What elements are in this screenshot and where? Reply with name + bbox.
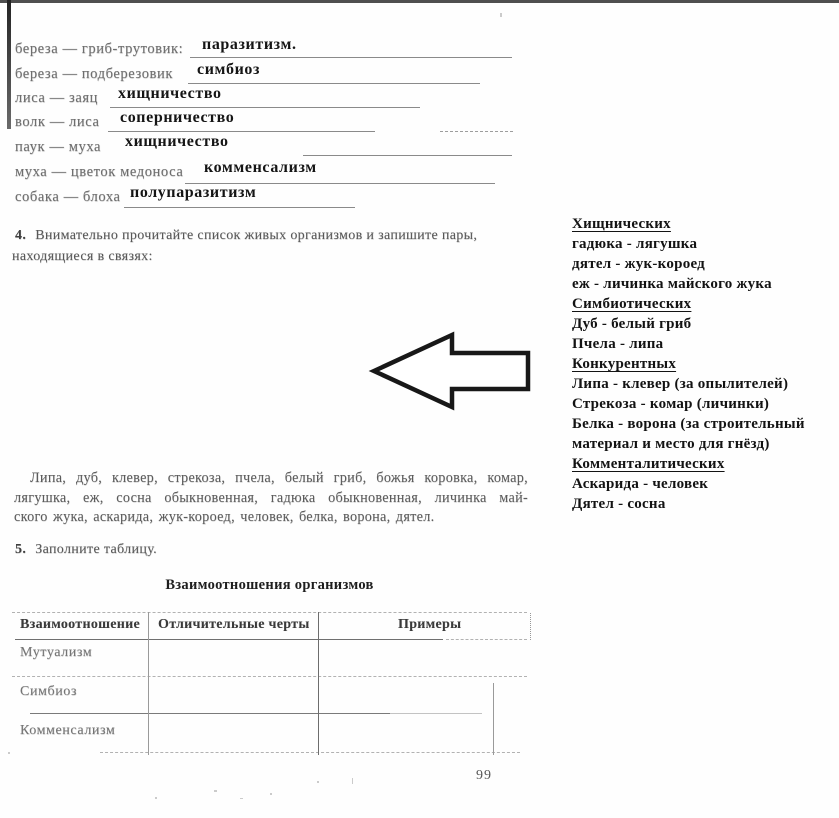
answer-blank-line (188, 83, 480, 84)
scan-speck (214, 790, 217, 792)
answer-blank-line (110, 107, 420, 108)
answer-blank-line (190, 57, 512, 58)
handwritten-answers-column: Хищнических гадюка - лягушка дятел - жук… (572, 214, 805, 514)
table-row-separator (30, 713, 390, 714)
scan-speck (352, 778, 353, 784)
page-top-edge-line (0, 0, 839, 3)
handwritten-heading: Комменталитических (572, 454, 805, 474)
table-title: Взаимоотношения организмов (12, 577, 527, 594)
handwritten-heading: Симбиотических (572, 294, 805, 314)
task4-line2: находящиеся в связях: (12, 249, 153, 265)
left-arrow-icon (368, 330, 536, 414)
table-column-line (148, 612, 149, 755)
handwritten-heading: Хищнических (572, 214, 805, 234)
handwritten-line: Дятел - сосна (572, 494, 805, 514)
table-header-separator-faint (446, 639, 527, 640)
table-row-separator-faint (390, 713, 482, 714)
table-border-top (12, 612, 527, 613)
table-border-right (493, 683, 494, 755)
task4-text: Внимательно прочитайте список живых орга… (35, 228, 477, 243)
table-border-right (530, 613, 531, 640)
answer-blank-line (108, 131, 375, 132)
task4-number: 4. (15, 228, 26, 243)
page-number: 99 (476, 768, 492, 784)
table-header-relation: Взаимоотношение (20, 617, 140, 633)
answer-blank-line (303, 155, 512, 156)
scan-speck (240, 798, 243, 799)
scan-speck (155, 797, 157, 799)
table-border-bottom (100, 752, 520, 753)
pair-answer-handwritten: полупаразитизм (130, 184, 256, 202)
pair-answer-handwritten: хищничество (118, 85, 222, 103)
organism-list-line: Липа, дуб, клевер, стрекоза, пчела, белы… (30, 470, 528, 487)
scan-speck (8, 752, 10, 754)
pair-term: волк — лиса (15, 114, 99, 131)
answer-blank-line (124, 207, 355, 208)
pair-term: муха — цветок медоноса (15, 164, 183, 181)
handwritten-line: Дуб - белый гриб (572, 314, 805, 334)
task5-text: Заполните таблицу. (35, 542, 157, 557)
table-header-traits: Отличительные черты (158, 617, 310, 633)
scan-speck (270, 793, 272, 795)
handwritten-line: Аскарида - человек (572, 474, 805, 494)
book-spine-line (7, 0, 11, 129)
pair-term: береза — подберезовик (15, 66, 173, 83)
table-row-separator (12, 676, 527, 677)
organism-list-line: ского жука, аскарида, жук-короед, челове… (14, 509, 528, 526)
pair-answer-handwritten: хищничество (125, 133, 229, 151)
handwritten-line: Белка - ворона (за строительный (572, 414, 805, 434)
scanned-workbook-page: береза — гриб-трутовик: паразитизм. бере… (0, 0, 839, 818)
pair-term: паук — муха (15, 139, 101, 156)
table-header-examples: Примеры (398, 617, 461, 633)
handwritten-line: материал и место для гнёзд) (572, 434, 805, 454)
table-row-label: Комменсализм (20, 723, 115, 739)
task5-line: 5.Заполните таблицу. (15, 542, 157, 558)
pair-answer-handwritten: симбиоз (197, 61, 260, 79)
pair-term: собака — блоха (15, 189, 121, 206)
pair-answer-handwritten: комменсализм (204, 159, 317, 177)
handwritten-line: гадюка - лягушка (572, 234, 805, 254)
handwritten-line: Пчела - липа (572, 334, 805, 354)
table-row-label: Мутуализм (20, 645, 92, 661)
organism-list-line: лягушка, еж, сосна обыкновенная, гадюка … (14, 490, 528, 507)
pair-term: береза — гриб-трутовик: (15, 41, 183, 58)
handwritten-line: Липа - клевер (за опылителей) (572, 374, 805, 394)
answer-blank-line (440, 131, 513, 132)
pair-answer-handwritten: соперничество (120, 109, 234, 127)
scan-speck (500, 13, 502, 17)
scan-speck (317, 781, 319, 783)
handwritten-heading: Конкурентных (572, 354, 805, 374)
task5-number: 5. (15, 542, 26, 557)
pair-term: лиса — заяц (15, 90, 98, 107)
task4-line1: 4.Внимательно прочитайте список живых ор… (15, 228, 477, 244)
table-header-separator (15, 639, 443, 640)
handwritten-line: еж - личинка майского жука (572, 274, 805, 294)
handwritten-line: дятел - жук-короед (572, 254, 805, 274)
table-row-label: Симбиоз (20, 684, 77, 700)
table-column-line (318, 612, 319, 755)
pair-answer-handwritten: паразитизм. (202, 36, 297, 54)
handwritten-line: Стрекоза - комар (личинки) (572, 394, 805, 414)
